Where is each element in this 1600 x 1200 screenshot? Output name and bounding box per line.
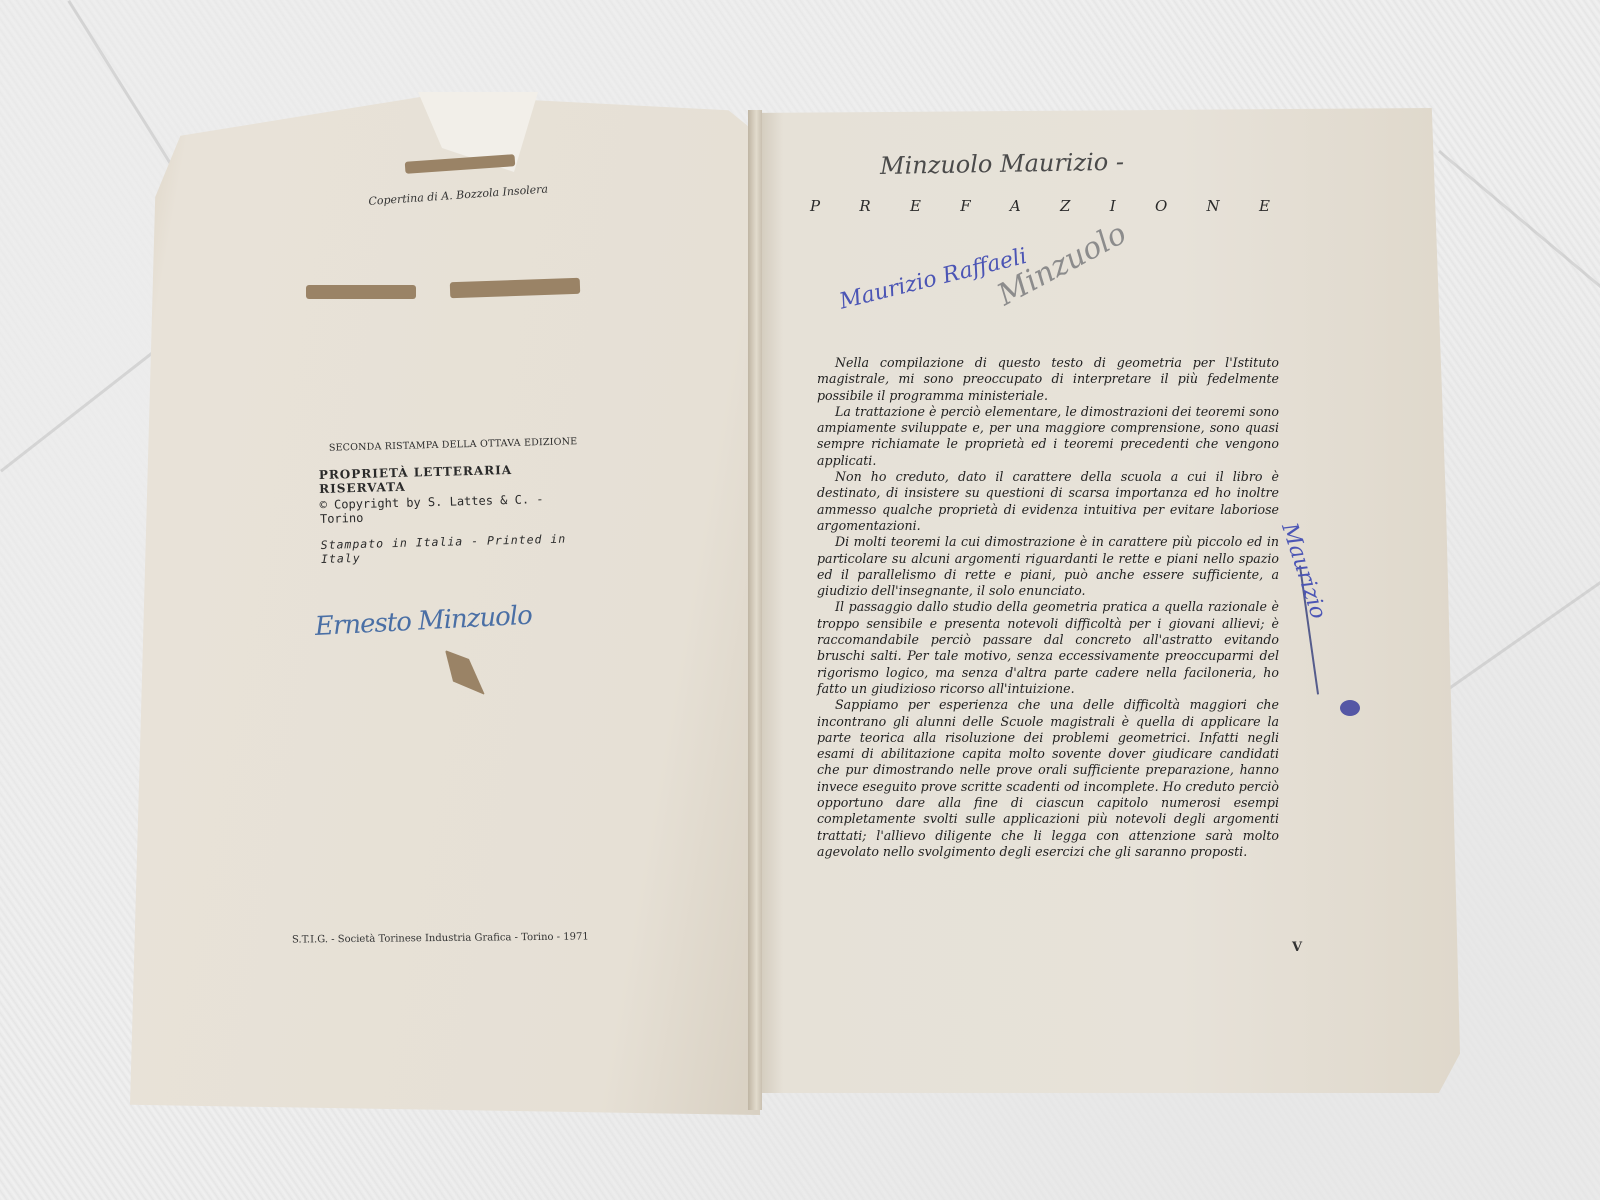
paragraph: Non ho creduto, dato il carattere della …	[817, 469, 1279, 534]
handwriting-top: Minzuolo Maurizio -	[880, 148, 1124, 180]
title-letter: Z	[1060, 197, 1070, 215]
tear-mark	[306, 285, 416, 299]
book-gutter	[748, 110, 762, 1110]
page-number: V	[1292, 940, 1302, 955]
title-letter: F	[960, 197, 970, 215]
title-letter: R	[859, 197, 870, 215]
title-letter: I	[1110, 197, 1116, 215]
open-book: Copertina di A. Bozzola Insolera SECONDA…	[0, 0, 1600, 1200]
preface-body: Nella compilazione di questo testo di ge…	[817, 355, 1279, 860]
copyright-line: © Copyright by S. Lattes & C. - Torino	[319, 491, 590, 526]
title-letter: A	[1010, 197, 1021, 215]
title-letter: N	[1207, 197, 1220, 215]
title-letter: E	[1259, 197, 1270, 215]
preface-title: P R E F A Z I O N E	[810, 197, 1270, 215]
paragraph: Nella compilazione di questo testo di ge…	[817, 355, 1279, 404]
paragraph: Sappiamo per esperienza che una delle di…	[817, 697, 1279, 860]
title-letter: O	[1155, 197, 1167, 215]
colophon: SECONDA RISTAMPA DELLA OTTAVA EDIZIONE P…	[318, 436, 591, 566]
title-letter: P	[810, 197, 820, 215]
paragraph: Il passaggio dallo studio della geometri…	[817, 599, 1279, 697]
title-letter: E	[910, 197, 921, 215]
paragraph: La trattazione è perciò elementare, le d…	[817, 404, 1279, 469]
ink-blot	[1340, 700, 1360, 716]
rights-line: PROPRIETÀ LETTERARIA RISERVATA	[319, 461, 590, 496]
paragraph: Di molti teoremi la cui dimostrazione è …	[817, 534, 1279, 599]
